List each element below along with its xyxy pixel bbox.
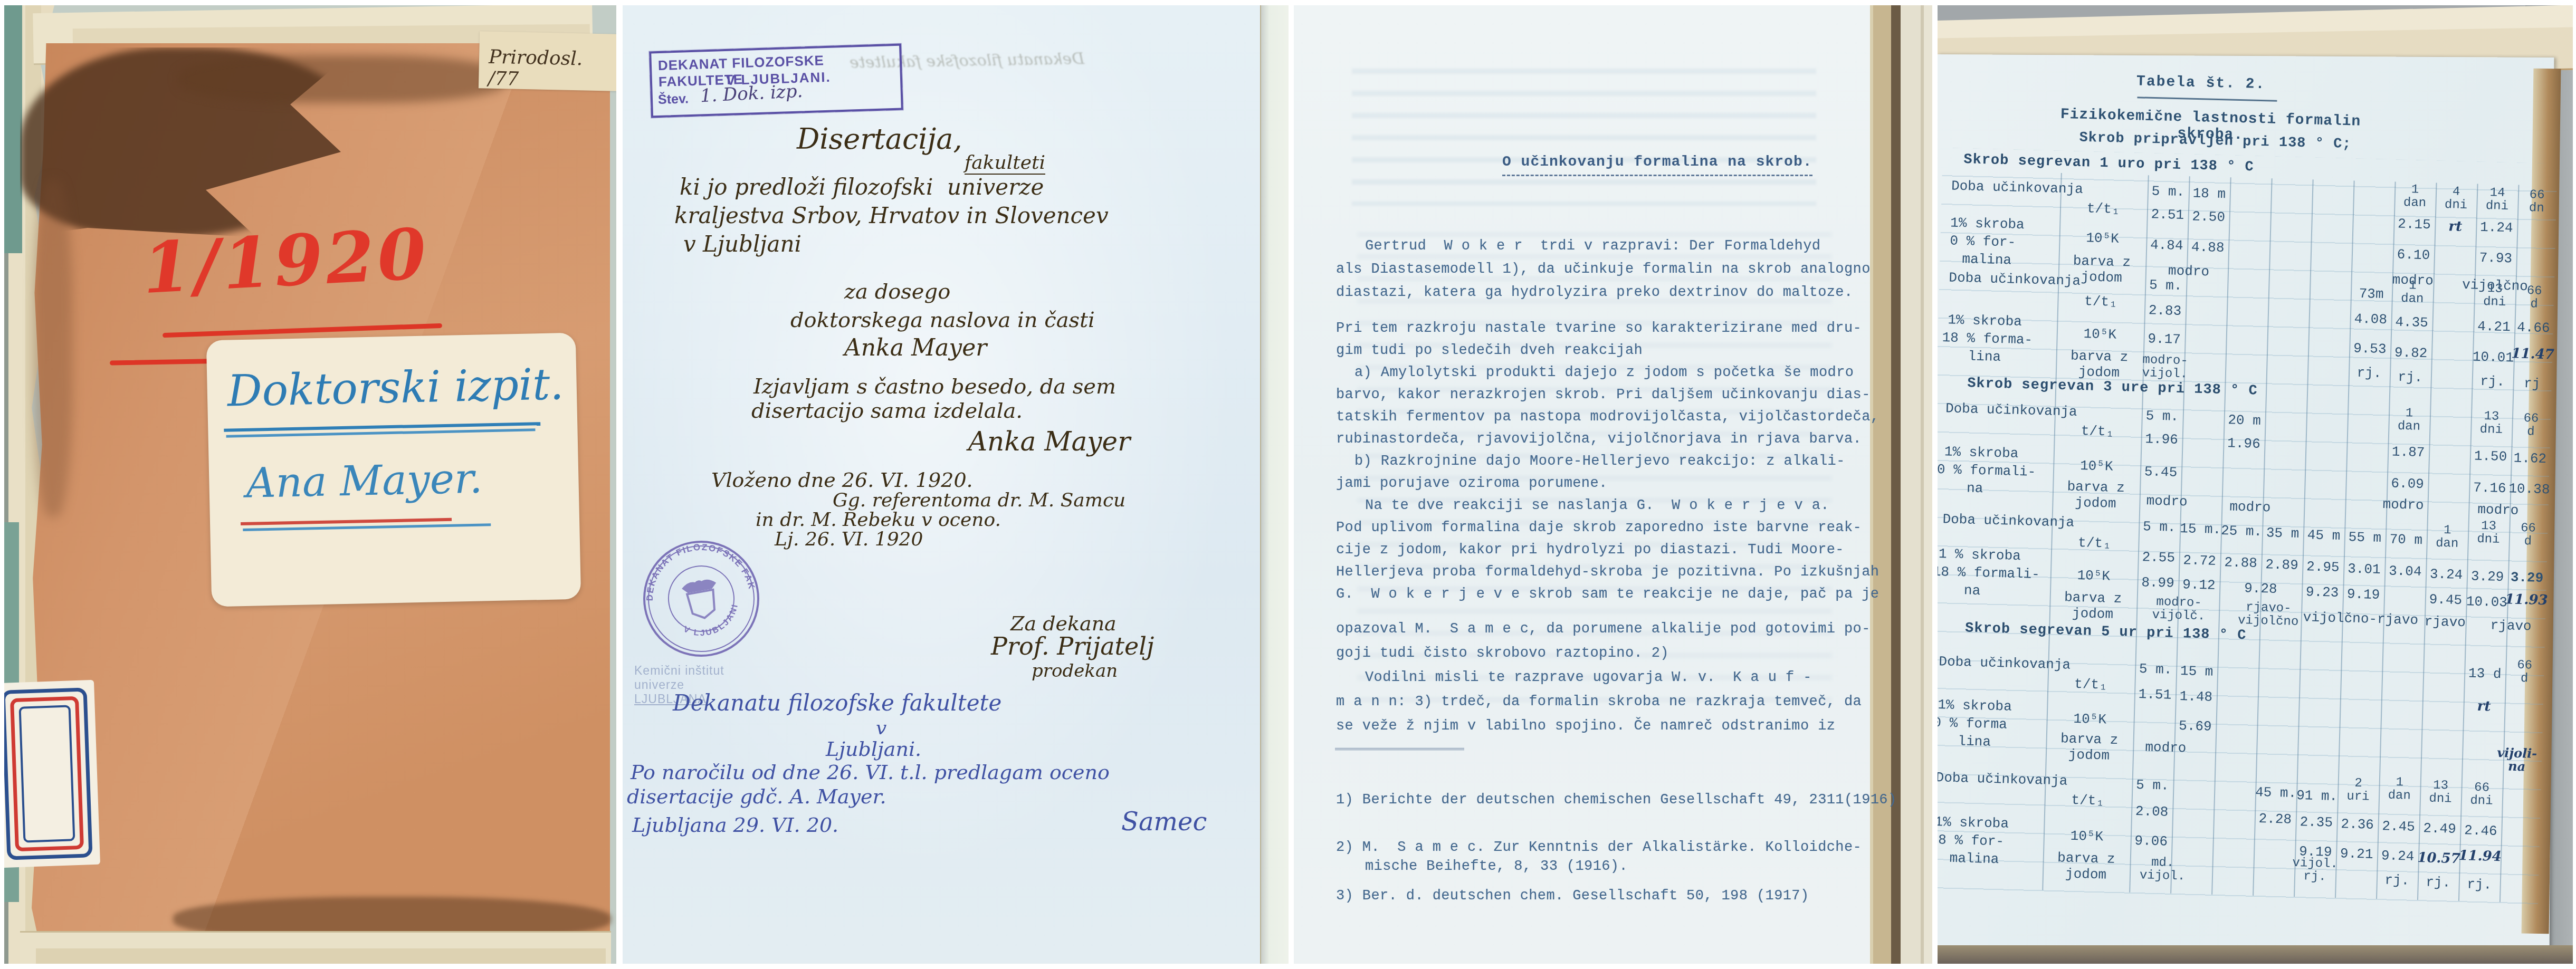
table-cell: 1 dan	[2388, 776, 2411, 803]
table-cell: 5 m.	[2139, 661, 2172, 677]
table-cell: rj	[2524, 376, 2541, 391]
table-cell: modro	[2229, 499, 2271, 515]
table-cell: jodom	[2081, 270, 2122, 286]
round-seal-stamp: DEKANAT FILOZOFSKE FAKULTETE V LJUBLJANI	[625, 522, 778, 675]
table-cell: malina	[1962, 252, 2011, 268]
table-cell: 4.35	[2395, 315, 2428, 331]
table-cell: rjavo	[2424, 614, 2466, 630]
table-cell: 35 m	[2266, 525, 2300, 541]
table-cell: Doba učinkovanja	[1949, 270, 2081, 289]
table-cell: lina	[1958, 734, 1991, 750]
table-cell: 2.08	[2135, 804, 2169, 820]
handwritten-line: Prof. Prijatelj	[991, 632, 1154, 660]
table-cell: 1% skroba	[1938, 697, 2012, 714]
table-cell: 13 dni	[2479, 410, 2503, 437]
table-cell: lina	[1968, 349, 2001, 364]
table-cell: 55 m	[2348, 530, 2381, 545]
table-cell: 1 dan	[2403, 183, 2427, 210]
table-cell: 66 dni	[2470, 781, 2494, 808]
typescript-line: 3) Ber. d. deutschen chem. Gesellschaft …	[1336, 888, 1809, 904]
table-cell: rj.	[2426, 875, 2451, 890]
table-cell: 2 uri	[2346, 776, 2370, 803]
table-cell: 10.01	[2473, 349, 2514, 366]
table-cell: 3.01	[2348, 561, 2381, 577]
table-cell: 10⁵K	[2080, 458, 2113, 474]
table-cell: 2.72	[2183, 553, 2216, 569]
table-cell: modro	[2382, 497, 2424, 513]
table-cell: Skrob segrevan 1 uro pri 138 ° C	[1963, 152, 2254, 176]
handwritten-line: Ljubljani.	[826, 737, 921, 761]
table-cell: rj.	[2467, 877, 2492, 893]
typescript-line: jami porujave oziroma porumene.	[1336, 476, 1608, 492]
table-cell: barva z	[2057, 850, 2115, 867]
table-cell: Doba učinkovanja	[1938, 770, 2068, 789]
typescript-line: barvo, kakor nerazkrojen skrob. Pri dalj…	[1336, 387, 1871, 403]
table-cell: 1% skroba	[1938, 814, 2009, 831]
table-cell: 1.62	[2513, 451, 2546, 467]
table-cell: 1.50	[2474, 449, 2507, 465]
table-cell: 5.45	[2144, 464, 2177, 480]
table-cell: 45 m.	[2255, 785, 2297, 801]
panel-typescript-report: O učinkovanju formalina na skrob. Gertru…	[1294, 5, 1932, 964]
table-cell: 1.51	[2138, 687, 2171, 703]
table-cell: rj.	[2356, 366, 2382, 381]
handwritten-line: doktorskega naslova in časti	[790, 308, 1095, 332]
panel-folder-cover: Prirodosl. /77 1/1920 Doktorski izpit. A…	[4, 5, 616, 964]
table-cell: 5 m.	[2143, 519, 2176, 535]
handwritten-line: kraljestva Srbov, Hrvatov in Slovencev	[674, 203, 1109, 228]
handwritten-line: za dosego	[844, 280, 950, 304]
table-cell: Doba učinkovanja	[1939, 654, 2071, 673]
table-cell: 45 m	[2307, 527, 2340, 543]
table-cell: 66 d	[2520, 522, 2536, 549]
typescript-line: diastazi, katera ga hydrolyzira preko de…	[1336, 285, 1853, 301]
table-cell: 4.08	[2354, 312, 2387, 328]
table-cell: 18 % formali-	[1938, 564, 2040, 582]
table-cell: 3.29	[2510, 570, 2543, 586]
cover-label: Doktorski izpit. Ana Mayer.	[206, 333, 581, 607]
typescript-line: 2) M. S a m e c. Zur Kenntnis der Alkali…	[1336, 840, 1862, 856]
handwritten-line: ki jo predloži filozofski univerze	[680, 174, 1044, 200]
table-cell: md. vijol.	[2139, 856, 2186, 884]
table-cell: 10⁵K	[2083, 327, 2116, 342]
typescript-line: cije z jodom, kakor pri hydrolyzi po dia…	[1336, 542, 1844, 558]
typescript-line: Pri tem razkroju nastale tvarine so kara…	[1336, 321, 1862, 337]
handwritten-line: Ljubljana 29. VI. 20.	[632, 813, 838, 837]
data-table: Skrob segrevan 1 uro pri 138 ° CDoba uči…	[1938, 148, 2558, 923]
table-cell: 70 m	[2389, 532, 2422, 548]
table-cell: 2.88	[2224, 555, 2257, 571]
table-cell: 25 m.	[2221, 523, 2263, 540]
table-cell: 4.66	[2517, 320, 2550, 336]
table-cell: jodom	[2075, 495, 2116, 512]
table-cell: 18 % for-	[1938, 832, 2004, 849]
cover-label-name: Ana Mayer.	[246, 455, 483, 507]
typescript-line: als Diastasemodell 1), da učinkuje forma…	[1336, 262, 1871, 277]
protruding-pages-bottom-2	[36, 948, 606, 964]
table-cell: 2.36	[2341, 817, 2374, 832]
table-cell: 4 dni	[2445, 185, 2468, 212]
table-cell: barva z	[2060, 731, 2119, 747]
table-cell: modro	[2477, 502, 2519, 519]
panel-data-table-page: Tabela št. 2. Fizikokemične lastnosti fo…	[1938, 5, 2573, 964]
table-cell: 73m	[2359, 286, 2384, 302]
table-cell: 15 m.	[2180, 521, 2221, 538]
table-cell: 2.55	[2142, 550, 2175, 565]
book-gutter-page-edges	[1870, 5, 1932, 964]
table-cell: 2.45	[2382, 819, 2415, 834]
round-stamp-bottom-text: V LJUBLJANI	[679, 601, 745, 641]
binding-spine	[4, 5, 22, 253]
table-cell: 6.10	[2397, 247, 2430, 263]
handwritten-line: Disertacija,	[797, 122, 962, 156]
typescript-line: Na te dve reakciji se naslanja G. W o k …	[1365, 498, 1829, 514]
table-cell: 9.19	[2347, 587, 2380, 602]
svg-text:V LJUBLJANI: V LJUBLJANI	[679, 601, 745, 641]
table-cell: 13 dni	[2483, 282, 2507, 309]
table-cell: t/t₁	[2086, 201, 2120, 217]
table-cell: barva z	[2064, 590, 2122, 606]
page-edge-right	[1260, 5, 1289, 964]
table-cell: rjavo- vijolčno	[2238, 601, 2299, 629]
table-title: Tabela št. 2.	[2136, 73, 2266, 93]
table-cell: jodom	[2072, 606, 2114, 622]
table-cell: Doba učinkovanja	[1945, 401, 2077, 419]
table-cell: 11.93	[2505, 592, 2548, 608]
corner-label-text: Prirodosl. /77	[488, 46, 616, 92]
table-cell: 3.29	[2470, 569, 2504, 584]
handwritten-line: Anka Mayer	[968, 426, 1130, 457]
typescript-line: Gertrud W o k e r trdi v razpravi: Der F…	[1365, 238, 1820, 254]
table-cell: 8.99	[2141, 575, 2174, 591]
table-cell: 66 d	[2523, 412, 2539, 439]
handwritten-line: fakulteti	[965, 152, 1045, 175]
typescript-line: goji tudi čisto skrobovo raztopino. 2)	[1336, 646, 1669, 661]
table-cell: 4.84	[2150, 237, 2183, 253]
table-cell: 7.16	[2473, 481, 2506, 496]
archival-document-composite: Prirodosl. /77 1/1920 Doktorski izpit. A…	[0, 0, 2576, 969]
table-cell: 10.57	[2417, 850, 2460, 867]
table-cell: 9.28	[2244, 581, 2277, 597]
table-cell: 2.51	[2151, 207, 2184, 223]
table-cell: vijol. rj.	[2292, 857, 2339, 885]
handwritten-line: Vloženo dne 26. VI. 1920.	[711, 468, 973, 492]
table-cell: 14 dni	[2486, 186, 2510, 213]
handwritten-line: Izjavljam s častno besedo, da sem	[753, 375, 1116, 399]
stamp-eagle-crest	[681, 578, 721, 621]
side-stamp-line-1: Kemični inštitut	[634, 664, 724, 678]
table-cell: 91 m.	[2296, 788, 2338, 804]
kemijski-institut-stamp: Kemični inštitut univerze LJUBLJANA	[634, 664, 724, 706]
typescript-line: Pod uplivom formalina daje skrob zapored…	[1336, 520, 1862, 536]
handwritten-line: Gg. referentoma dr. M. Samcu	[833, 490, 1125, 511]
table-cell: 9.23	[2306, 584, 2339, 600]
table-cell: 9.17	[2148, 331, 2181, 347]
table-cell: 9.53	[2353, 341, 2387, 357]
table-cell: 5 m.	[2151, 184, 2184, 199]
typescript-line: se veže ž njim v labilno spojino. Če nam…	[1336, 718, 1835, 734]
table-cell: 1 dan	[2436, 524, 2459, 551]
table-cell: 1.48	[2179, 689, 2212, 705]
table-cell: t/t₁	[2078, 535, 2111, 551]
table-cell: 0 % for-	[1950, 233, 2016, 250]
table-cell: 9.06	[2134, 833, 2168, 849]
side-stamp-line-2: univerze	[634, 678, 724, 692]
table-cell: 11.94	[2458, 848, 2502, 865]
table-cell: 1% skroba	[1950, 215, 2025, 232]
archive-corner-label: Prirodosl. /77	[479, 31, 616, 91]
table-cell: barva z	[2067, 479, 2125, 495]
table-cell: t/t₁	[2081, 424, 2114, 439]
stamp-handwritten-number: 1. Dok. izp.	[700, 81, 803, 107]
table-cell: 9.45	[2429, 592, 2462, 608]
table-cell: rjavo	[2490, 618, 2532, 634]
table-cell: 0 % formali-	[1938, 462, 2036, 479]
table-cell: t/t₁	[2084, 294, 2117, 310]
handwritten-line: Samec	[1121, 807, 1207, 837]
table-cell: 1% skroba	[1948, 312, 2022, 329]
table-cell: modro	[2168, 263, 2210, 280]
table-cell: na	[1964, 583, 1981, 598]
bleed-through-smudge-top	[1352, 69, 1816, 206]
table-cell: 10.03	[2466, 594, 2507, 610]
table-cell: rj.	[2398, 370, 2423, 386]
table-cell: 9.12	[2182, 577, 2216, 593]
table-cell: 3.24	[2430, 567, 2463, 582]
table-cell: Skrob segrevan 3 ure pri 138 ° C	[1967, 376, 2258, 399]
table-cell: 18 m	[2192, 186, 2226, 202]
table-cell: 10⁵K	[2077, 568, 2110, 584]
handwritten-line: disertacijo sama izdelala.	[751, 399, 1023, 423]
table-cell: rj.	[2480, 374, 2505, 390]
panel-handwritten-letter: Dekanatu filozofske fakultete DEKANAT FI…	[623, 5, 1289, 964]
handwritten-line: Lj. 26. VI. 1920	[775, 529, 923, 550]
report-title: O učinkovanju formalina na skrob.	[1502, 154, 1812, 176]
table-cell: modro	[2145, 740, 2187, 756]
table-cell: 7.93	[2479, 251, 2512, 266]
table-cell: 6.09	[2391, 476, 2424, 492]
table-cell: 9.82	[2394, 346, 2428, 361]
table-cell: 1.96	[2227, 436, 2260, 452]
typescript-line: rubinastordeča, rjavovijolčna, vijolčnor…	[1336, 431, 1862, 447]
table-cell: 2.28	[2258, 811, 2292, 827]
table-cell: barva z	[2073, 254, 2131, 270]
table-cell: rt	[2477, 699, 2491, 714]
side-stamp-line-3: LJUBLJANA	[634, 692, 724, 706]
table-cell: 3.04	[2389, 563, 2422, 579]
table-cell: 1.24	[2480, 220, 2513, 236]
typescript-line: opazoval M. S a m e c, da porumene alkal…	[1336, 621, 1871, 637]
table-cell: 2.49	[2423, 821, 2456, 837]
table-cell: jodom	[2068, 747, 2110, 764]
typescript-line: G. W o k e r j e v e skrob sam te reakci…	[1336, 587, 1879, 602]
table-cell: t/t₁	[2074, 677, 2107, 693]
table-cell: Doba učinkovanja	[1951, 178, 2083, 197]
typescript-line: Vodilni misli te razprave ugovarja W. v.…	[1365, 670, 1812, 686]
table-cell: 1 dan	[2398, 407, 2421, 434]
footnote-separator	[1335, 748, 1464, 750]
table-cell: 11.47	[2511, 346, 2554, 362]
handwritten-line: prodekan	[1032, 660, 1118, 682]
table-cell: rt	[2448, 219, 2462, 234]
table-cell: 0 % forma	[1938, 715, 2007, 732]
table-cell: rj.	[2384, 872, 2410, 888]
handwritten-line: disertacije gdč. A. Mayer.	[627, 785, 886, 808]
name-underline-red	[241, 518, 452, 525]
handwritten-line: v Ljubljani	[683, 231, 802, 257]
table-cell: 9.21	[2340, 846, 2373, 862]
file-number: 1/1920	[140, 213, 431, 310]
cover-label-title: Doktorski izpit.	[227, 359, 564, 416]
table-edge-shadow	[1938, 945, 2573, 964]
stamp-stev-label: Štev.	[658, 91, 689, 108]
table-cell: barva z	[2071, 348, 2129, 364]
handwritten-line: in dr. M. Rebeku v oceno.	[756, 509, 1001, 531]
table-cell: 20 m	[2228, 412, 2261, 428]
table-cell: 10⁵K	[2070, 829, 2103, 845]
archive-sticker	[4, 680, 100, 868]
table-cell: 2.95	[2306, 559, 2340, 575]
table-cell: modro- vijol.	[2142, 353, 2188, 381]
table-cell: vijolčno-rjavo	[2303, 610, 2418, 628]
typescript-line: tatskih fermentov pa nastopa modrovijolč…	[1336, 409, 1879, 425]
table-cell: 13 dni	[2429, 779, 2453, 806]
typescript-line: b) Razkrojnine dajo Moore-Hellerjevo rea…	[1354, 454, 1845, 469]
table-cell: 5.69	[2179, 718, 2212, 734]
table-cell: 2.89	[2265, 557, 2298, 573]
table-cell: 2.83	[2148, 303, 2181, 319]
typescript-line: a) Amylolytski produkti dajejo z jodom s…	[1354, 365, 1854, 381]
table-cell: Skrob segrevan 5 ur pri 138 ° C	[1965, 621, 2247, 644]
table-cell: 2.35	[2300, 814, 2333, 830]
table-cell: 5 m.	[2145, 408, 2179, 424]
typescript-line: Hellerjeva proba formaldehyd-skroba je p…	[1336, 564, 1879, 580]
dekanat-rubber-stamp: DEKANAT FILOZOFSKE FAKULTETE V LJUBLJANI…	[649, 44, 903, 118]
table-cell: 10⁵K	[2073, 712, 2106, 727]
typescript-line: m a n n: 3) trdeč, da formalin skroba ne…	[1336, 694, 1862, 710]
table-cell: 66 d	[2526, 284, 2542, 311]
table-cell: vijoli- na	[2496, 746, 2537, 773]
handwritten-line: v	[876, 717, 886, 739]
table-cell: 10⁵K	[2086, 231, 2119, 246]
table-title-underline	[2137, 97, 2277, 101]
table-cell: jodom	[2065, 867, 2107, 883]
table-cell: 2.50	[2192, 209, 2225, 225]
table-cell: 1% skroba	[1944, 444, 2019, 461]
table-cell: 10.38	[2508, 481, 2550, 497]
handwritten-line: Anka Mayer	[844, 334, 987, 361]
table-cell: 1 dan	[2401, 279, 2425, 306]
table-cell: malina	[1949, 851, 1999, 867]
typescript-line: 1) Berichte der deutschen chemischen Ges…	[1336, 792, 1897, 808]
table-cell: Doba učinkovanja	[1942, 512, 2074, 530]
table-cell: 5 m.	[2149, 277, 2182, 293]
table-cell: 1.96	[2145, 431, 2178, 447]
table-cell: 13 dni	[2477, 520, 2501, 546]
table-cell: 66 dn	[2529, 188, 2545, 215]
stain-left-edge	[33, 179, 73, 517]
table-cell: 9.24	[2381, 848, 2415, 864]
table-cell: 1 % skroba	[1938, 546, 2021, 564]
table-cell: 66 d	[2516, 659, 2532, 686]
table-cell: modro- vijolč.	[2152, 596, 2206, 623]
table-cell: 13 d	[2468, 666, 2502, 682]
table-cell: jodom	[2078, 364, 2120, 381]
table-cell: 4.21	[2477, 319, 2511, 335]
table-cell: 15 m	[2180, 664, 2214, 679]
table-cell: modro	[2146, 493, 2188, 510]
typescript-line: mische Beihefte, 8, 33 (1916).	[1365, 859, 1628, 875]
table-cell: 1.87	[2392, 444, 2425, 460]
sticker-border-blue-inner	[19, 705, 75, 842]
table-cell: 5 m.	[2136, 778, 2169, 793]
water-stain-top	[178, 55, 505, 103]
table-cell: na	[1967, 481, 1983, 496]
table-cell: 18 % forma-	[1942, 330, 2033, 348]
table-cell: 2.15	[2398, 217, 2431, 233]
table-cell: t/t₁	[2071, 793, 2104, 809]
typescript-line: gim tudi po sledečih dveh reakcijah	[1336, 343, 1643, 359]
table-cell: 2.46	[2464, 823, 2497, 839]
table-cell: 4.88	[2191, 239, 2225, 255]
handwritten-line: Po naročilu od dne 26. VI. t.l. predlaga…	[631, 761, 1110, 784]
